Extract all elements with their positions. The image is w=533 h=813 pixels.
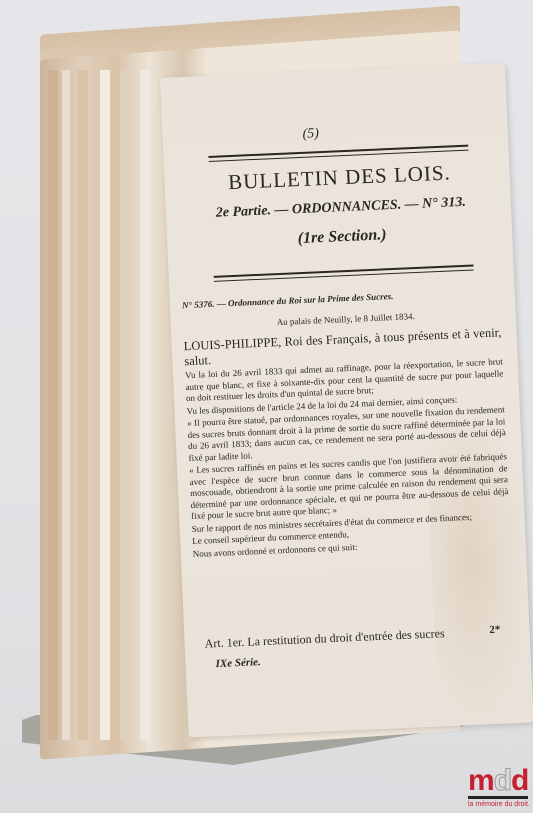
bulletin-title: BULLETIN DES LOIS.: [204, 159, 475, 196]
page-edge: [120, 70, 130, 740]
place-date: Au palais de Neuilly, le 8 Juillet 1834.: [211, 308, 481, 330]
page-edge: [140, 70, 150, 740]
bulletin-subtitle: 2e Partie. — ORDONNANCES. — N° 313.: [196, 194, 486, 223]
logo-tagline: la mémoire du droit.: [468, 801, 530, 808]
page-number: (5): [302, 126, 319, 143]
ordinance-title: N° 5376. — Ordonnance du Roi sur la Prim…: [182, 286, 502, 310]
article-start: Art. 1er. La restitution du droit d'entr…: [204, 626, 445, 651]
front-page: (5) BULLETIN DES LOIS. 2e Partie. — ORDO…: [160, 63, 533, 737]
page-edge: [100, 70, 110, 740]
ordinance-body: LOUIS-PHILIPPE, Roi des Français, à tous…: [183, 325, 510, 561]
series-label: IXe Série.: [215, 656, 261, 670]
page-edge: [78, 70, 88, 740]
mdd-logo-icon: mdd: [468, 768, 530, 794]
page-edge: [48, 70, 58, 740]
signature-mark: 2*: [489, 624, 501, 636]
section-label: (1re Section.): [207, 222, 478, 252]
mdd-watermark: mdd la mémoire du droit.: [468, 768, 530, 808]
page-edge: [62, 70, 70, 740]
